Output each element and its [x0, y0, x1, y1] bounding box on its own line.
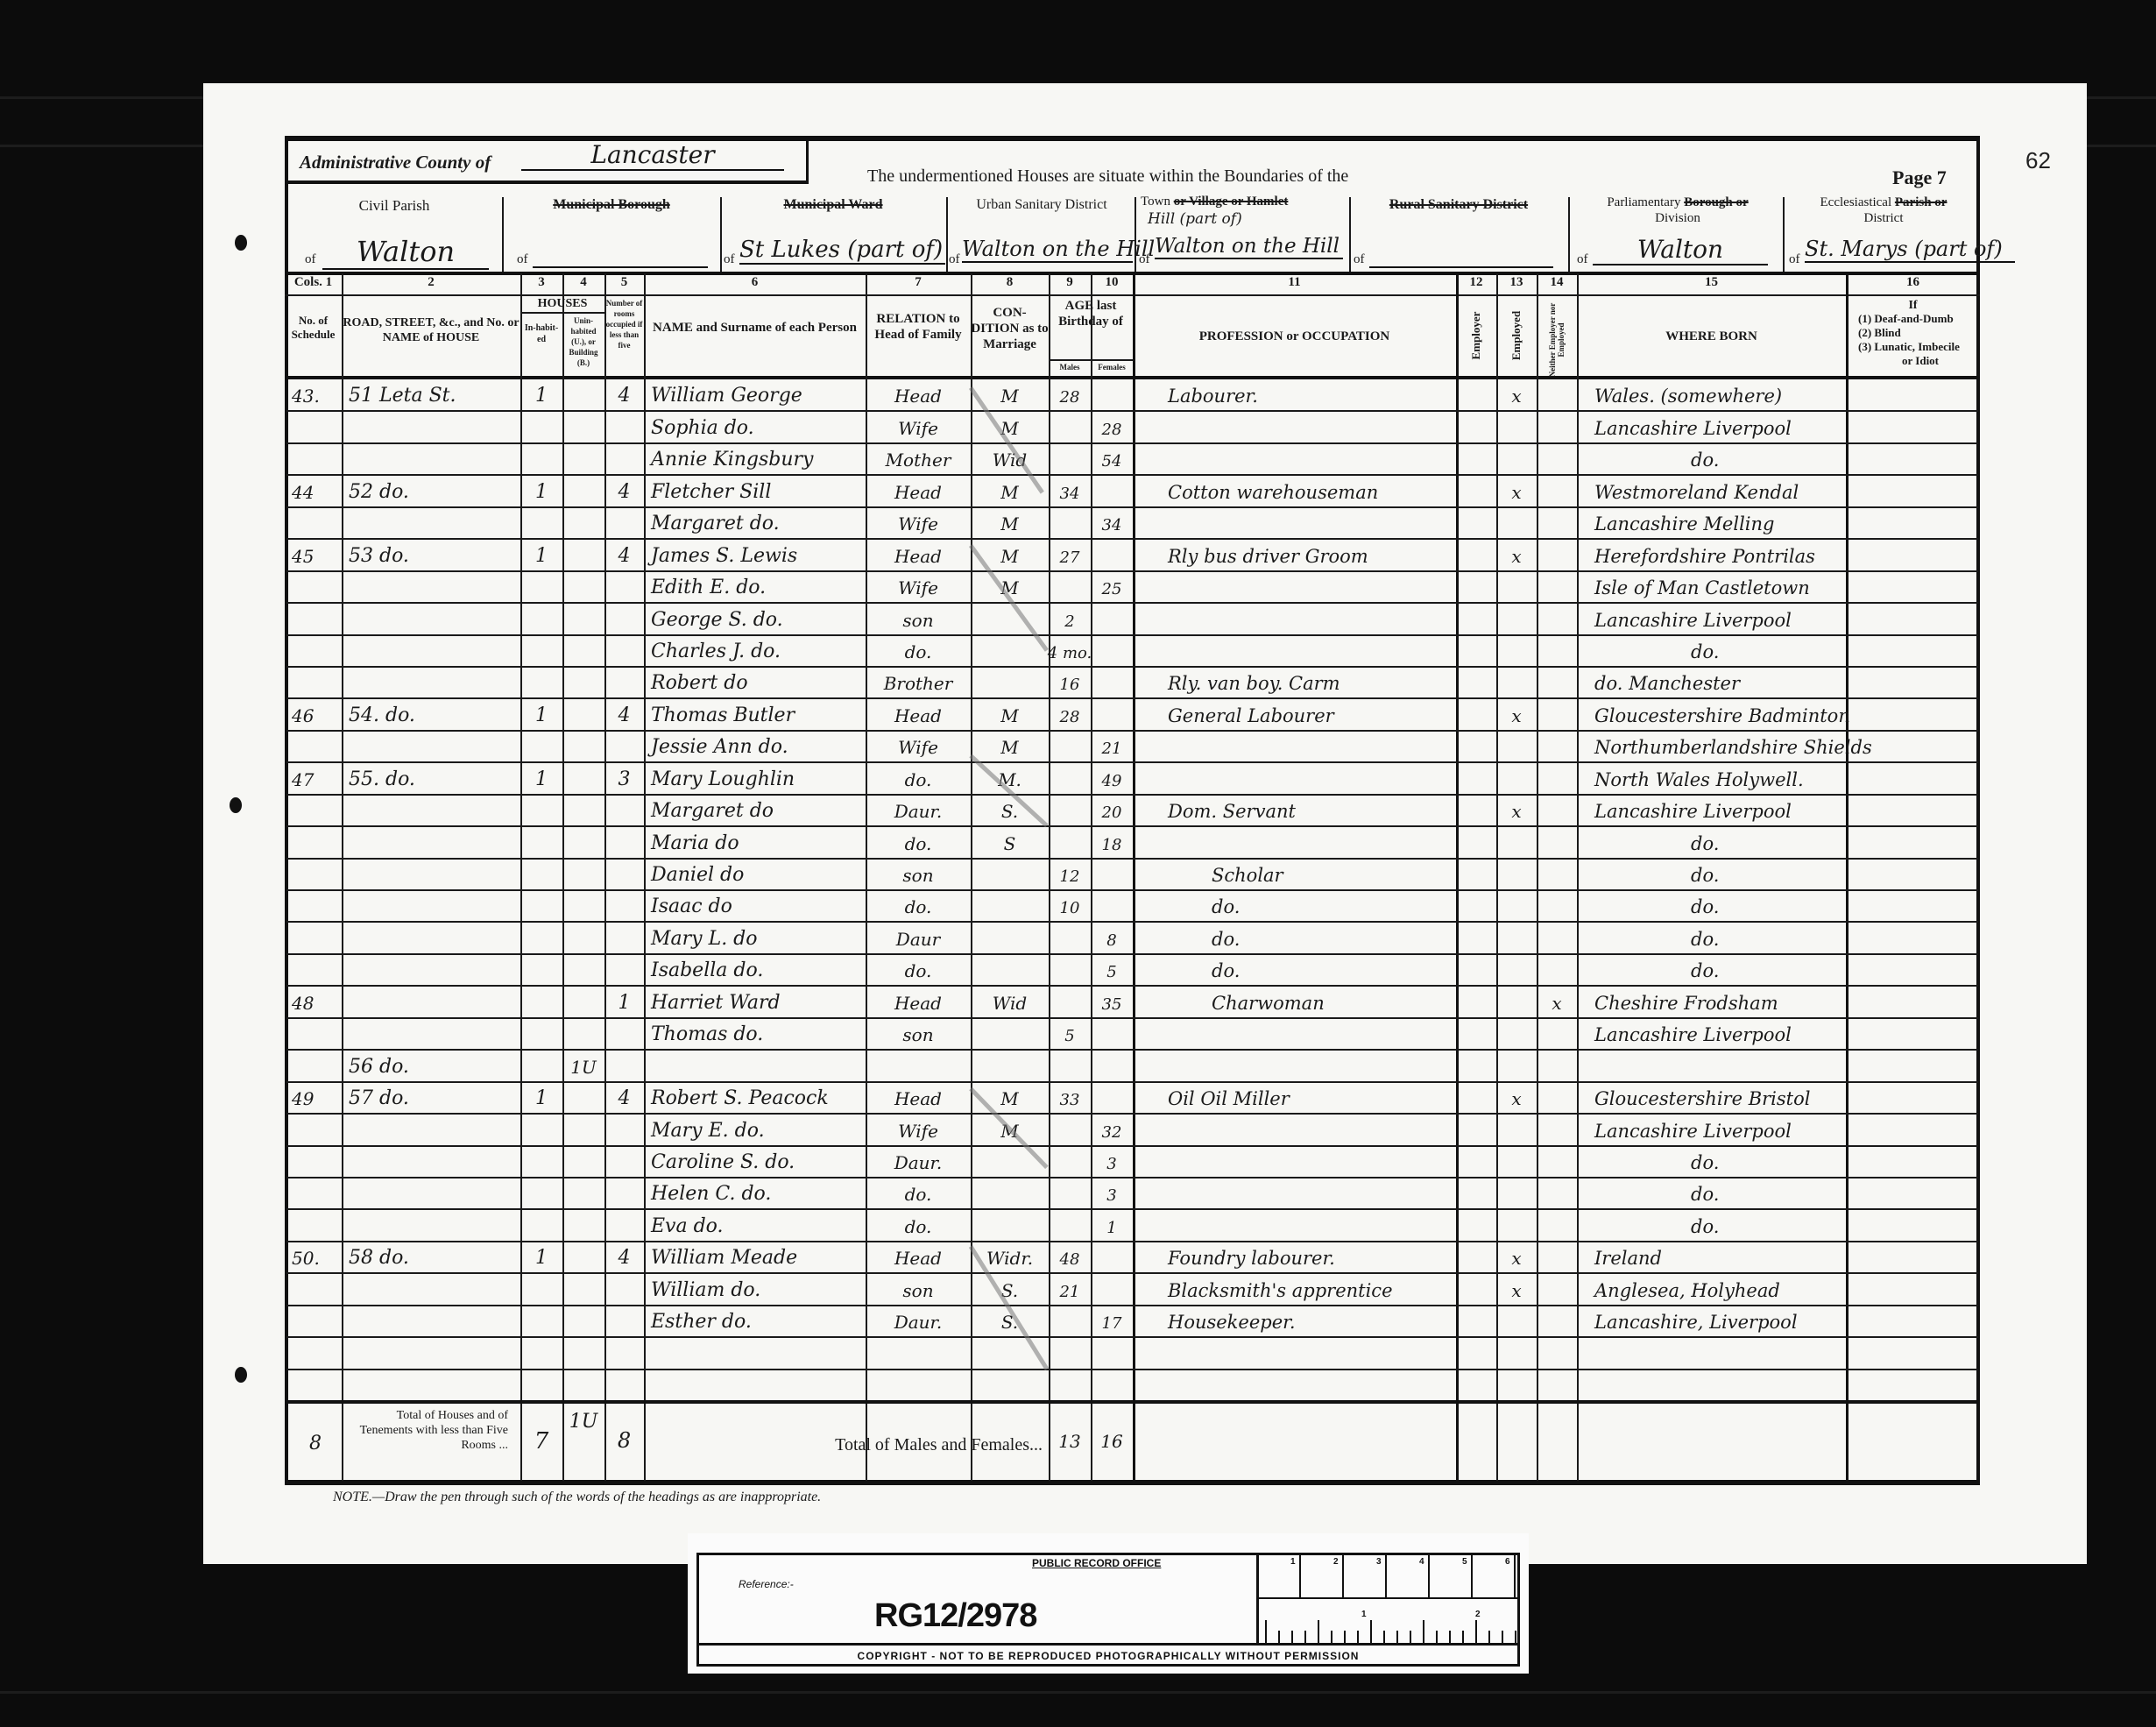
cell-age-f — [1091, 1336, 1133, 1364]
cell-neither — [1537, 730, 1577, 758]
column-number: 11 — [1133, 275, 1456, 290]
cell-condition — [971, 889, 1049, 917]
cell-born: Lancashire Melling — [1577, 506, 1846, 534]
cell-employed — [1496, 1208, 1537, 1236]
cell-schedule — [285, 506, 342, 534]
cell-condition: M — [971, 697, 1049, 725]
cell-inhabited — [520, 730, 562, 758]
district-label-town: Town or Village or Hamlet — [1141, 195, 1288, 209]
cell-rooms — [604, 634, 644, 662]
cell-name: Helen C. do. — [644, 1177, 866, 1205]
cell-uninhabited — [562, 697, 604, 725]
district-label-rural-sanitary: Rural Sanitary District — [1354, 197, 1564, 213]
cell-uninhabited — [562, 921, 604, 949]
scale-inch-tick — [1304, 1631, 1306, 1643]
column-header-col14: Neither Employer nor Employed — [1548, 301, 1566, 379]
cell-condition — [971, 858, 1049, 886]
cell-name: Margaret do. — [644, 506, 866, 534]
cell-born — [1577, 1049, 1846, 1077]
cell-occupation: Rly bus driver Groom — [1133, 538, 1456, 566]
scale-inch-tick — [1475, 1620, 1477, 1643]
scale-inch-tick — [1318, 1620, 1319, 1643]
cell-infirmity — [1846, 1305, 1980, 1333]
scale-cm-label: 1 — [1290, 1557, 1296, 1567]
cell-inhabited — [520, 858, 562, 886]
cell-born: Westmoreland Kendal — [1577, 474, 1846, 502]
cell-employer — [1456, 602, 1496, 630]
cell-rooms — [604, 410, 644, 438]
scale-inch-tick — [1370, 1620, 1372, 1643]
cell-neither — [1537, 1272, 1577, 1300]
cell-name — [644, 1049, 866, 1077]
slip-scale-mid — [1256, 1597, 1517, 1599]
cell-employed — [1496, 825, 1537, 853]
cell-name: Mary L. do — [644, 921, 866, 949]
cell-rooms: 4 — [604, 474, 644, 502]
cell-age-m — [1049, 985, 1091, 1013]
cell-uninhabited — [562, 506, 604, 534]
cell-name: Robert S. Peacock — [644, 1081, 866, 1109]
slip-scale-divider — [1256, 1555, 1259, 1643]
cell-schedule — [285, 825, 342, 853]
scale-cm-label: 2 — [1333, 1557, 1339, 1567]
cell-infirmity — [1846, 379, 1980, 407]
cell-uninhabited: 1U — [562, 1049, 604, 1077]
cell-employer — [1456, 1369, 1496, 1397]
scale-inch-tick — [1357, 1631, 1359, 1643]
cell-name: Maria do — [644, 825, 866, 853]
scale-inch-tick — [1396, 1631, 1398, 1643]
scale-cm-label: 6 — [1505, 1557, 1510, 1567]
binding-hole — [235, 235, 247, 251]
cell-schedule — [285, 1208, 342, 1236]
cell-employer — [1456, 474, 1496, 502]
cell-address — [342, 1113, 520, 1141]
cell-occupation: Scholar — [1133, 858, 1456, 886]
cell-schedule: 49 — [285, 1081, 342, 1109]
cell-schedule — [285, 953, 342, 981]
cell-schedule — [285, 889, 342, 917]
column-header-age_group: AGE last Birthday of — [1049, 298, 1133, 329]
page-label: Page 7 — [1892, 166, 1947, 189]
column-header-col16_title: If — [1846, 298, 1980, 313]
cell-born: Lancashire, Liverpool — [1577, 1305, 1846, 1333]
cell-relation: do. — [866, 889, 971, 917]
cell-born: Gloucestershire Bristol — [1577, 1081, 1846, 1109]
cell-uninhabited — [562, 1305, 604, 1333]
cell-schedule — [285, 1305, 342, 1333]
cell-inhabited — [520, 506, 562, 534]
cell-schedule — [285, 1177, 342, 1205]
cell-address — [342, 889, 520, 917]
cell-employed — [1496, 921, 1537, 949]
cell-schedule — [285, 1369, 342, 1397]
cell-age-f — [1091, 1017, 1133, 1045]
cell-inhabited: 1 — [520, 1241, 562, 1269]
of-prefix: of — [724, 252, 735, 267]
cell-employed — [1496, 953, 1537, 981]
cell-condition — [971, 602, 1049, 630]
cell-employed — [1496, 1305, 1537, 1333]
cell-age-f — [1091, 602, 1133, 630]
column-header-col6: NAME and Surname of each Person — [644, 320, 866, 336]
cell-uninhabited — [562, 1177, 604, 1205]
cell-employer — [1456, 442, 1496, 471]
cell-occupation — [1133, 570, 1456, 598]
cell-relation: son — [866, 602, 971, 630]
cell-occupation: Dom. Servant — [1133, 794, 1456, 822]
cell-name: William do. — [644, 1272, 866, 1300]
total-houses-label: Total of Houses and of Tenements with le… — [350, 1408, 519, 1453]
cell-employed — [1496, 1336, 1537, 1364]
cell-inhabited — [520, 1305, 562, 1333]
cell-name: Isabella do. — [644, 953, 866, 981]
cell-age-f: 34 — [1091, 506, 1133, 534]
cell-address — [342, 1177, 520, 1205]
scale-inch-tick — [1488, 1631, 1490, 1643]
cell-employer — [1456, 1017, 1496, 1045]
cell-age-m: 5 — [1049, 1017, 1091, 1045]
cell-neither — [1537, 602, 1577, 630]
cell-neither — [1537, 953, 1577, 981]
cell-employed — [1496, 570, 1537, 598]
cell-employer — [1456, 1081, 1496, 1109]
cell-schedule: 43. — [285, 379, 342, 407]
cell-rooms — [604, 1177, 644, 1205]
column-header-col3: In-habit-ed — [520, 322, 562, 345]
cell-inhabited — [520, 666, 562, 694]
cell-uninhabited — [562, 410, 604, 438]
cell-age-m — [1049, 506, 1091, 534]
parliamentary-label: Parliamentary — [1607, 195, 1680, 209]
cell-name: James S. Lewis — [644, 538, 866, 566]
cell-rooms — [604, 602, 644, 630]
cell-occupation: Blacksmith's apprentice — [1133, 1272, 1456, 1300]
cell-address: 53 do. — [342, 538, 520, 566]
column-header-col12: Employer — [1472, 296, 1481, 375]
cell-relation — [866, 1049, 971, 1077]
cell-occupation — [1133, 1017, 1456, 1045]
cell-neither — [1537, 634, 1577, 662]
cell-inhabited — [520, 985, 562, 1013]
of-prefix: of — [305, 252, 316, 267]
cell-inhabited: 1 — [520, 1081, 562, 1109]
cell-born: do. — [1577, 953, 1846, 981]
cell-relation: son — [866, 858, 971, 886]
cell-age-m: 4 mo. — [1049, 634, 1091, 662]
cell-inhabited — [520, 1049, 562, 1077]
cell-infirmity — [1846, 666, 1980, 694]
column-header-col11: PROFESSION or OCCUPATION — [1133, 329, 1456, 344]
cell-rooms — [604, 921, 644, 949]
cell-infirmity — [1846, 1113, 1980, 1141]
cell-infirmity — [1846, 1145, 1980, 1173]
cell-condition: M — [971, 570, 1049, 598]
cell-employer — [1456, 1241, 1496, 1269]
parish-struck-label: Parish or — [1895, 195, 1947, 209]
cell-born: Northumberlandshire Shields — [1577, 730, 1846, 758]
reference-number: RG12/2978 — [874, 1597, 1036, 1635]
cell-age-f: 5 — [1091, 953, 1133, 981]
cell-condition — [971, 921, 1049, 949]
cell-relation: do. — [866, 761, 971, 789]
town-value: Walton on the Hill — [1155, 235, 1343, 259]
scale-cm-tick — [1299, 1555, 1301, 1597]
cell-rooms — [604, 442, 644, 471]
cell-occupation — [1133, 634, 1456, 662]
cell-age-m: 33 — [1049, 1081, 1091, 1109]
cell-age-m: 12 — [1049, 858, 1091, 886]
age-group-rule — [1049, 359, 1133, 361]
district-divider — [502, 197, 504, 272]
scale-inch-tick — [1423, 1620, 1424, 1643]
cell-employed: x — [1496, 538, 1537, 566]
cell-rooms — [604, 1113, 644, 1141]
cell-occupation: Labourer. — [1133, 379, 1456, 407]
cell-born — [1577, 1369, 1846, 1397]
cell-born: North Wales Holywell. — [1577, 761, 1846, 789]
cell-address — [342, 1369, 520, 1397]
cell-born: do. — [1577, 858, 1846, 886]
cell-employer — [1456, 410, 1496, 438]
cell-address — [342, 442, 520, 471]
scale-cm-tick — [1471, 1555, 1473, 1597]
cell-age-f — [1091, 1241, 1133, 1269]
column-number: 12 — [1456, 275, 1496, 290]
cell-born: do. — [1577, 825, 1846, 853]
cell-rooms — [604, 1336, 644, 1364]
scale-inch-tick — [1278, 1631, 1280, 1643]
cell-age-m: 28 — [1049, 379, 1091, 407]
cell-relation: Head — [866, 474, 971, 502]
cell-infirmity — [1846, 410, 1980, 438]
column-number: 6 — [644, 275, 866, 290]
cell-inhabited: 1 — [520, 379, 562, 407]
total-inhabited: 7 — [520, 1428, 562, 1455]
district-divider — [946, 197, 948, 272]
cell-infirmity — [1846, 1208, 1980, 1236]
cell-born: Lancashire Liverpool — [1577, 1113, 1846, 1141]
cell-occupation — [1133, 730, 1456, 758]
cell-relation: do. — [866, 1208, 971, 1236]
cell-employed — [1496, 1049, 1537, 1077]
cell-uninhabited — [562, 1017, 604, 1045]
cell-inhabited — [520, 1145, 562, 1173]
column-header-houses_group: HOUSES — [520, 296, 604, 311]
cell-employer — [1456, 666, 1496, 694]
cell-infirmity — [1846, 889, 1980, 917]
cell-name: Edith E. do. — [644, 570, 866, 598]
scale-inch-tick — [1265, 1620, 1267, 1643]
cell-employed — [1496, 1369, 1537, 1397]
cell-inhabited — [520, 570, 562, 598]
cell-schedule — [285, 1017, 342, 1045]
cell-uninhabited — [562, 825, 604, 853]
cell-address — [342, 730, 520, 758]
boundaries-text: The undermentioned Houses are situate wi… — [867, 166, 1348, 187]
cell-uninhabited — [562, 889, 604, 917]
cell-address: 52 do. — [342, 474, 520, 502]
column-number: 14 — [1537, 275, 1577, 290]
cell-condition — [971, 1049, 1049, 1077]
cell-employed — [1496, 634, 1537, 662]
cell-schedule: 50. — [285, 1241, 342, 1269]
admin-county-label: Administrative County of — [300, 152, 491, 173]
scale-inch-tick — [1449, 1631, 1451, 1643]
cell-age-f — [1091, 538, 1133, 566]
town-annotation: Hill (part of) — [1148, 210, 1349, 228]
cell-rooms — [604, 794, 644, 822]
cell-uninhabited — [562, 634, 604, 662]
cell-age-f — [1091, 474, 1133, 502]
cell-employed: x — [1496, 697, 1537, 725]
cell-born: Anglesea, Holyhead — [1577, 1272, 1846, 1300]
cell-employed — [1496, 666, 1537, 694]
cell-inhabited — [520, 921, 562, 949]
cell-schedule — [285, 730, 342, 758]
cell-name — [644, 1336, 866, 1364]
cell-uninhabited — [562, 442, 604, 471]
cell-inhabited: 1 — [520, 474, 562, 502]
cell-infirmity — [1846, 538, 1980, 566]
cell-schedule — [285, 858, 342, 886]
column-number: 7 — [866, 275, 971, 290]
cell-relation: Wife — [866, 1113, 971, 1141]
cell-occupation — [1133, 1113, 1456, 1141]
cell-condition — [971, 1177, 1049, 1205]
cell-name: Mary E. do. — [644, 1113, 866, 1141]
cell-schedule — [285, 1336, 342, 1364]
cell-condition: S — [971, 825, 1049, 853]
column-header-col13: Employed — [1512, 296, 1521, 375]
cell-uninhabited — [562, 985, 604, 1013]
cell-age-f — [1091, 1369, 1133, 1397]
cell-address — [342, 953, 520, 981]
of-prefix: of — [1354, 252, 1365, 267]
cell-relation: Daur. — [866, 794, 971, 822]
cell-address — [342, 602, 520, 630]
cell-address — [342, 858, 520, 886]
cell-rooms — [604, 1305, 644, 1333]
cell-infirmity — [1846, 570, 1980, 598]
scale-inch-tick — [1331, 1631, 1332, 1643]
cell-born: do. — [1577, 1145, 1846, 1173]
cell-infirmity — [1846, 1241, 1980, 1269]
cell-employer — [1456, 1177, 1496, 1205]
cell-condition: Wid — [971, 985, 1049, 1013]
cell-age-f: 1 — [1091, 1208, 1133, 1236]
column-header-col1: No. of Schedule — [285, 314, 342, 342]
municipal-borough-blank — [533, 266, 708, 268]
cell-born: do. — [1577, 1208, 1846, 1236]
cell-employed: x — [1496, 794, 1537, 822]
cell-born: Cheshire Frodsham — [1577, 985, 1846, 1013]
of-prefix: of — [949, 252, 960, 267]
rural-sanitary-blank — [1369, 266, 1553, 268]
cell-employer — [1456, 921, 1496, 949]
folio-number: 62 — [2025, 147, 2051, 174]
houses-group-rule — [520, 312, 604, 314]
cell-age-m — [1049, 1336, 1091, 1364]
cell-age-m: 48 — [1049, 1241, 1091, 1269]
cell-infirmity — [1846, 953, 1980, 981]
cell-age-f — [1091, 634, 1133, 662]
cell-inhabited — [520, 825, 562, 853]
scale-inch-label: 1 — [1361, 1610, 1367, 1619]
cell-condition — [971, 1017, 1049, 1045]
cell-born: do. Manchester — [1577, 666, 1846, 694]
cell-infirmity — [1846, 602, 1980, 630]
scale-inch-label: 2 — [1475, 1610, 1481, 1619]
cell-age-f: 3 — [1091, 1177, 1133, 1205]
cell-age-f: 17 — [1091, 1305, 1133, 1333]
total-rooms: 8 — [604, 1428, 644, 1453]
cell-uninhabited — [562, 538, 604, 566]
cell-neither — [1537, 1113, 1577, 1141]
cell-age-f: 21 — [1091, 730, 1133, 758]
cell-employer — [1456, 697, 1496, 725]
cell-rooms: 4 — [604, 538, 644, 566]
cell-name: Sophia do. — [644, 410, 866, 438]
cell-age-m — [1049, 410, 1091, 438]
cell-employer — [1456, 889, 1496, 917]
cell-rooms — [604, 666, 644, 694]
cell-occupation — [1133, 410, 1456, 438]
cell-rooms — [604, 730, 644, 758]
cell-age-m: 16 — [1049, 666, 1091, 694]
cell-schedule — [285, 602, 342, 630]
scale-cm-label: 3 — [1376, 1557, 1382, 1567]
cell-rooms — [604, 889, 644, 917]
cell-occupation: General Labourer — [1133, 697, 1456, 725]
cell-rooms — [604, 858, 644, 886]
cell-uninhabited — [562, 794, 604, 822]
cell-employed — [1496, 602, 1537, 630]
cell-occupation — [1133, 506, 1456, 534]
cell-inhabited — [520, 1369, 562, 1397]
cell-neither — [1537, 506, 1577, 534]
cell-employer — [1456, 1272, 1496, 1300]
cell-employed — [1496, 1145, 1537, 1173]
cell-employed — [1496, 1177, 1537, 1205]
cell-name: Fletcher Sill — [644, 474, 866, 502]
cell-relation: Wife — [866, 506, 971, 534]
of-prefix: of — [1577, 252, 1588, 267]
cell-employer — [1456, 570, 1496, 598]
cell-infirmity — [1846, 634, 1980, 662]
cell-employer — [1456, 953, 1496, 981]
cell-uninhabited — [562, 953, 604, 981]
cell-employer — [1456, 1145, 1496, 1173]
title-box-divider — [806, 136, 809, 184]
cell-name: Jessie Ann do. — [644, 730, 866, 758]
cell-name: Isaac do — [644, 889, 866, 917]
cell-employed: x — [1496, 1241, 1537, 1269]
cell-schedule: 44 — [285, 474, 342, 502]
cell-neither — [1537, 1336, 1577, 1364]
cell-condition — [971, 1208, 1049, 1236]
cell-address — [342, 1017, 520, 1045]
cell-name: Daniel do — [644, 858, 866, 886]
cell-name: Mary Loughlin — [644, 761, 866, 789]
cell-neither — [1537, 858, 1577, 886]
cell-employer — [1456, 794, 1496, 822]
district-label-parliamentary: Parliamentary Borough orDivision — [1573, 195, 1783, 226]
scale-inch-tick — [1502, 1631, 1503, 1643]
cell-schedule — [285, 1049, 342, 1077]
cell-uninhabited — [562, 1113, 604, 1141]
district-label-civil-parish: Civil Parish — [289, 197, 499, 215]
